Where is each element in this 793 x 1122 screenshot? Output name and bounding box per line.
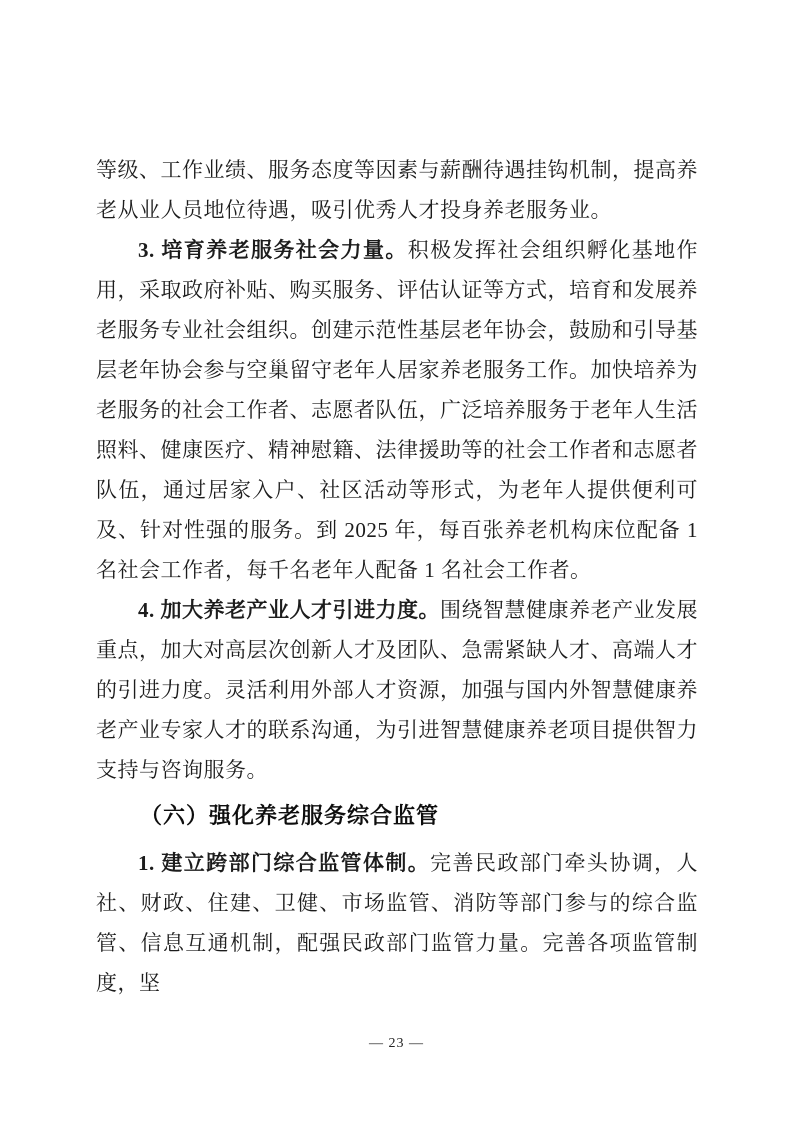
paragraph-continuation: 等级、工作业绩、服务态度等因素与薪酬待遇挂钩机制，提高养老从业人员地位待遇，吸引…	[96, 150, 698, 230]
item-4-lead: 4. 加大养老产业人才引进力度。	[138, 598, 440, 622]
paragraph-item-3: 3. 培育养老服务社会力量。积极发挥社会组织孵化基地作用，采取政府补贴、购买服务…	[96, 230, 698, 590]
page-content: 等级、工作业绩、服务态度等因素与薪酬待遇挂钩机制，提高养老从业人员地位待遇，吸引…	[96, 150, 698, 1003]
document-page: 等级、工作业绩、服务态度等因素与薪酬待遇挂钩机制，提高养老从业人员地位待遇，吸引…	[0, 0, 793, 1122]
section-heading: （六）强化养老服务综合监管	[96, 796, 698, 836]
paragraph-item-1: 1. 建立跨部门综合监管体制。完善民政部门牵头协调，人社、财政、住建、卫健、市场…	[96, 843, 698, 1003]
paragraph-item-4: 4. 加大养老产业人才引进力度。围绕智慧健康养老产业发展重点，加大对高层次创新人…	[96, 590, 698, 790]
item-4-body: 围绕智慧健康养老产业发展重点，加大对高层次创新人才及团队、急需紧缺人才、高端人才…	[96, 598, 698, 782]
item-3-lead: 3. 培育养老服务社会力量。	[138, 238, 408, 262]
item-3-body: 积极发挥社会组织孵化基地作用，采取政府补贴、购买服务、评估认证等方式，培育和发展…	[96, 238, 698, 582]
page-number: — 23 —	[0, 1034, 793, 1054]
item-1-lead: 1. 建立跨部门综合监管体制。	[138, 851, 430, 875]
